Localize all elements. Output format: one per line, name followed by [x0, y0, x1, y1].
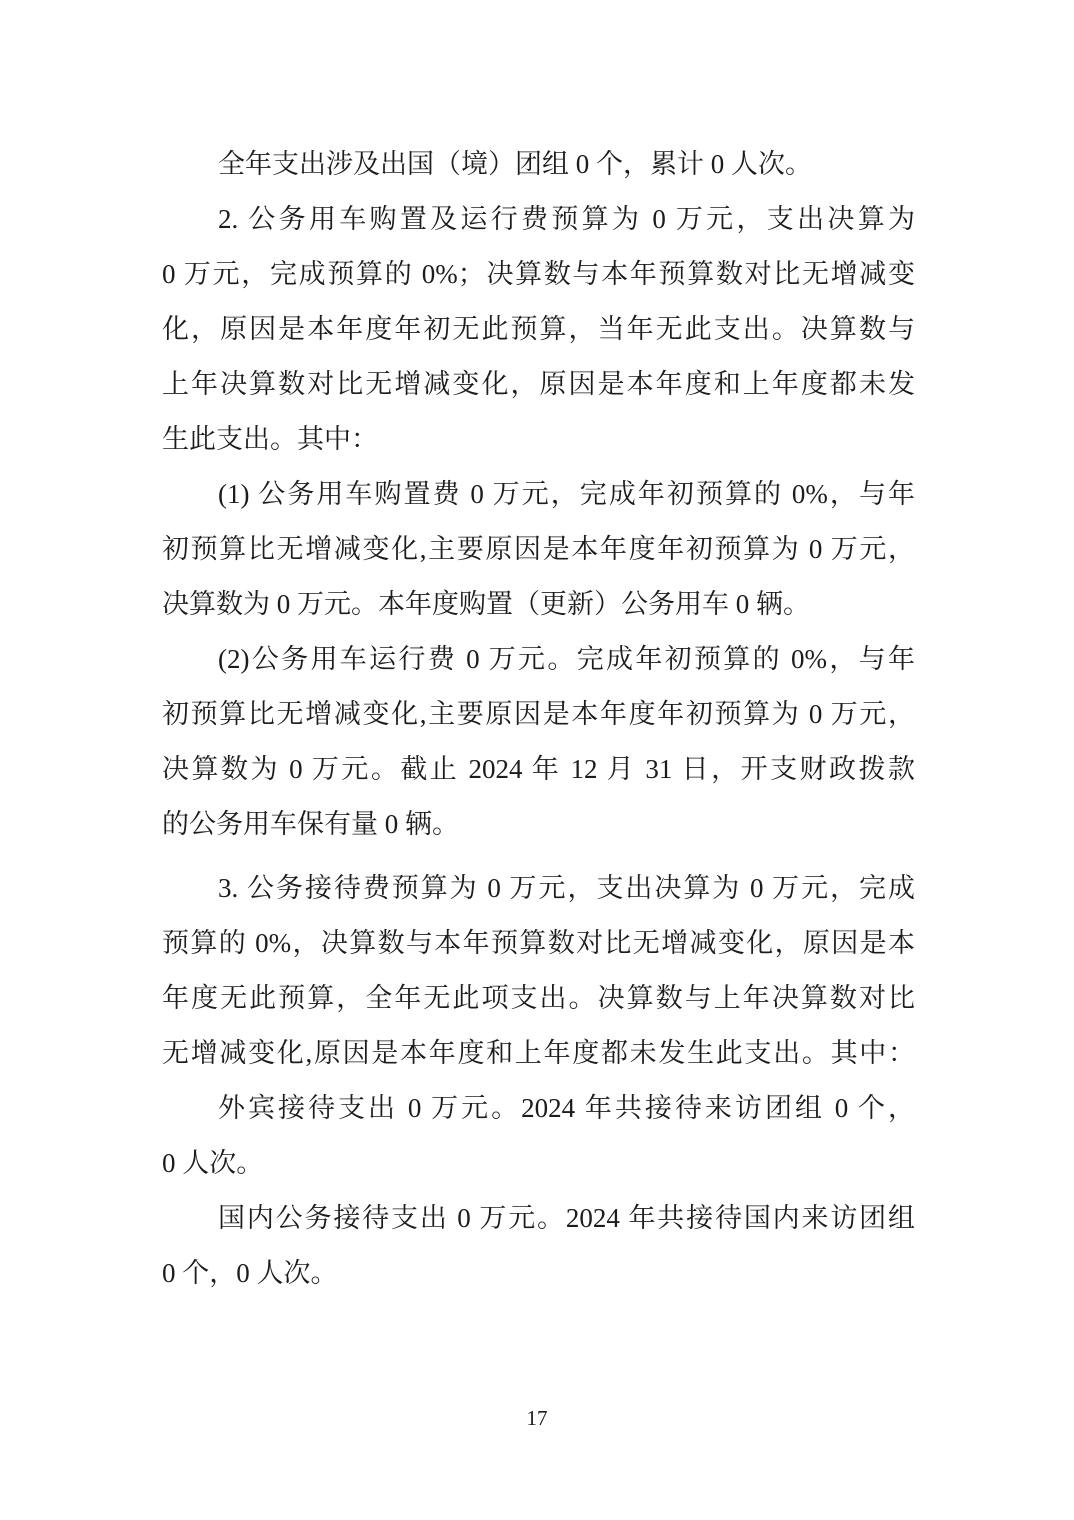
page-number: 17 — [0, 1403, 1074, 1433]
text-line: 的公务用车保有量 0 辆。 — [162, 797, 915, 852]
text-line: 2. 公务用车购置及运行费预算为 0 万元，支出决算为 — [162, 192, 915, 247]
text-line: 外宾接待支出 0 万元。2024 年共接待来访团组 0 个， — [162, 1081, 915, 1136]
text-line: 0 人次。 — [162, 1136, 915, 1191]
text-line: 0 个，0 人次。 — [162, 1246, 915, 1301]
text-line: 3. 公务接待费预算为 0 万元，支出决算为 0 万元，完成 — [162, 861, 915, 916]
text-line: 无增减变化,原因是本年度和上年度都未发生此支出。其中： — [162, 1026, 915, 1081]
text-line: (1) 公务用车购置费 0 万元，完成年初预算的 0%，与年 — [162, 467, 915, 522]
text-line: 决算数为 0 万元。截止 2024 年 12 月 31 日，开支财政拨款 — [162, 742, 915, 797]
text-line: 国内公务接待支出 0 万元。2024 年共接待国内来访团组 — [162, 1191, 915, 1246]
text-line: 化，原因是本年度年初无此预算，当年无此支出。决算数与 — [162, 302, 915, 357]
text-line: 0 万元，完成预算的 0%；决算数与本年预算数对比无增减变 — [162, 247, 915, 302]
text-line: 决算数为 0 万元。本年度购置（更新）公务用车 0 辆。 — [162, 577, 915, 632]
text-line: 初预算比无增减变化,主要原因是本年度年初预算为 0 万元， — [162, 522, 915, 577]
text-line: 生此支出。其中： — [162, 412, 915, 467]
text-line: 年度无此预算，全年无此项支出。决算数与上年决算数对比 — [162, 971, 915, 1026]
text-line: 初预算比无增减变化,主要原因是本年度年初预算为 0 万元， — [162, 687, 915, 742]
text-line: (2)公务用车运行费 0 万元。完成年初预算的 0%，与年 — [162, 632, 915, 687]
text-line: 上年决算数对比无增减变化，原因是本年度和上年度都未发 — [162, 357, 915, 412]
text-line: 预算的 0%，决算数与本年预算数对比无增减变化，原因是本 — [162, 916, 915, 971]
document-page: 全年支出涉及出国（境）团组 0 个，累计 0 人次。 2. 公务用车购置及运行费… — [0, 0, 1074, 1520]
document-body: 全年支出涉及出国（境）团组 0 个，累计 0 人次。 2. 公务用车购置及运行费… — [162, 137, 915, 1301]
text-line: 全年支出涉及出国（境）团组 0 个，累计 0 人次。 — [162, 137, 915, 192]
